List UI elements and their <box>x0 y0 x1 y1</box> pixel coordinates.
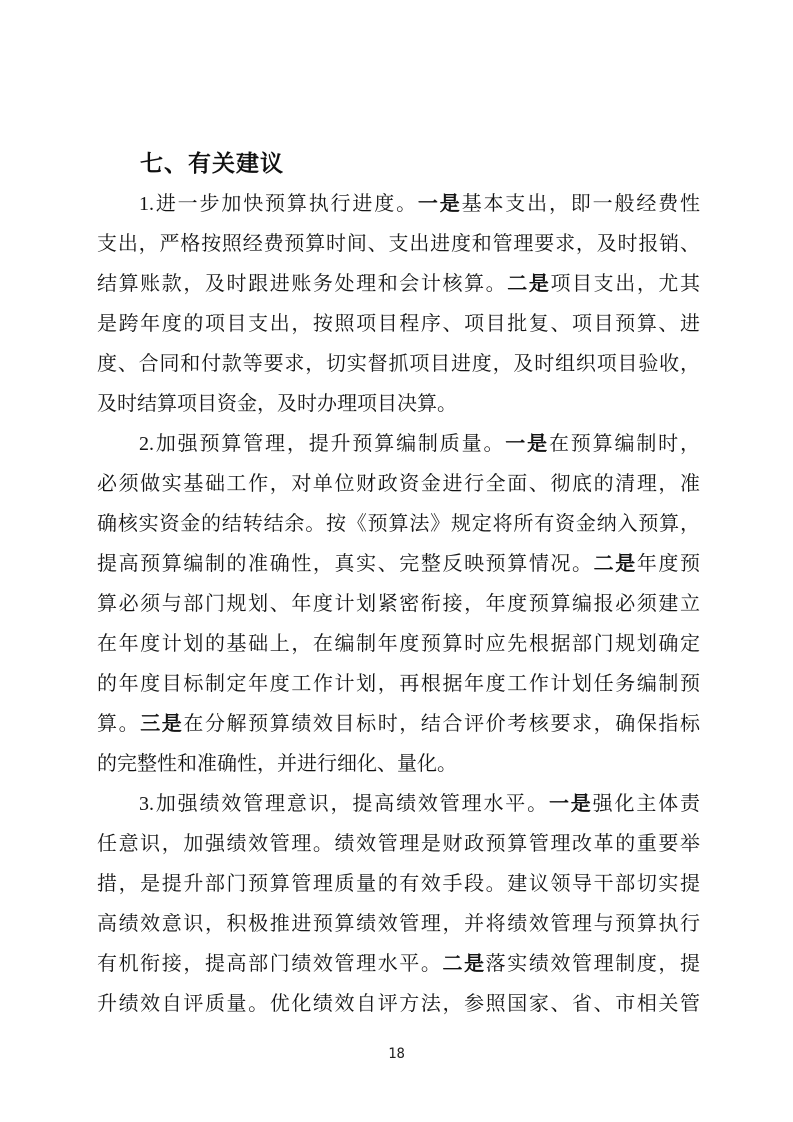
text-run: 是跨年度的项目支出，按照项目程序、项目批复、项目预算、进 <box>97 313 700 335</box>
text-run: 3.加强绩效管理意识，提高绩效管理水平。 <box>139 793 549 815</box>
bold-text-run: 一是 <box>505 433 549 455</box>
text-run: 必须做实基础工作，对单位财政资金进行全面、彻底的清理，准 <box>97 473 700 495</box>
text-line: 的年度目标制定年度工作计划，再根据年度工作计划任务编制预 <box>97 664 700 704</box>
text-line: 任意识，加强绩效管理。绩效管理是财政预算管理改革的重要举 <box>97 824 700 864</box>
text-run: 在分解预算绩效目标时，结合评价考核要求，确保指标 <box>183 713 700 735</box>
text-run: 度、合同和付款等要求，切实督抓项目进度，及时组织项目验收， <box>97 353 700 375</box>
text-run: 高绩效意识，积极推进预算绩效管理，并将绩效管理与预算执行 <box>97 913 700 935</box>
text-run: 项目支出，尤其 <box>550 273 700 295</box>
text-line: 度、合同和付款等要求，切实督抓项目进度，及时组织项目验收， <box>97 344 700 384</box>
text-run: 措，是提升部门预算管理质量的有效手段。建议领导干部切实提 <box>97 873 700 895</box>
text-run: 结算账款，及时跟进账务处理和会计核算。 <box>97 273 507 295</box>
text-line: 确核实资金的结转结余。按《预算法》规定将所有资金纳入预算， <box>97 504 700 544</box>
text-line: 措，是提升部门预算管理质量的有效手段。建议领导干部切实提 <box>97 864 700 904</box>
text-run: 算。 <box>97 713 140 735</box>
text-run: 升绩效自评质量。优化绩效自评方法，参照国家、省、市相关管 <box>97 993 700 1015</box>
page-number: 18 <box>0 1046 793 1062</box>
text-line: 结算账款，及时跟进账务处理和会计核算。二是项目支出，尤其 <box>97 264 700 304</box>
text-run: 有机衔接，提高部门绩效管理水平。 <box>97 953 442 975</box>
section-heading: 七、有关建议 <box>97 144 700 184</box>
text-run: 任意识，加强绩效管理。绩效管理是财政预算管理改革的重要举 <box>97 833 700 855</box>
text-run: 基本支出，即一般经费性 <box>462 193 700 215</box>
text-line: 2.加强预算管理，提升预算编制质量。一是在预算编制时， <box>97 424 700 464</box>
text-run: 落实绩效管理制度，提 <box>486 953 700 975</box>
text-line: 1.进一步加快预算执行进度。一是基本支出，即一般经费性 <box>97 184 700 224</box>
bold-text-run: 二是 <box>442 953 485 975</box>
bold-text-run: 二是 <box>507 273 550 295</box>
text-line: 及时结算项目资金，及时办理项目决算。 <box>97 384 700 424</box>
text-line: 3.加强绩效管理意识，提高绩效管理水平。一是强化主体责 <box>97 784 700 824</box>
text-line: 有机衔接，提高部门绩效管理水平。二是落实绩效管理制度，提 <box>97 944 700 984</box>
bold-text-run: 二是 <box>594 553 637 575</box>
text-run: 2.加强预算管理，提升预算编制质量。 <box>139 433 505 455</box>
text-run: 年度预 <box>637 553 700 575</box>
text-line: 提高预算编制的准确性，真实、完整反映预算情况。二是年度预 <box>97 544 700 584</box>
text-line: 算。三是在分解预算绩效目标时，结合评价考核要求，确保指标 <box>97 704 700 744</box>
text-line: 升绩效自评质量。优化绩效自评方法，参照国家、省、市相关管 <box>97 984 700 1024</box>
text-run: 在预算编制时， <box>549 433 700 455</box>
text-line: 高绩效意识，积极推进预算绩效管理，并将绩效管理与预算执行 <box>97 904 700 944</box>
text-run: 确核实资金的结转结余。按《预算法》规定将所有资金纳入预算， <box>97 513 700 535</box>
text-run: 的年度目标制定年度工作计划，再根据年度工作计划任务编制预 <box>97 673 700 695</box>
document-page: 七、有关建议 1.进一步加快预算执行进度。一是基本支出，即一般经费性支出，严格按… <box>0 0 793 1122</box>
bold-text-run: 一是 <box>549 793 593 815</box>
text-run: 1.进一步加快预算执行进度。 <box>139 193 418 215</box>
document-body: 1.进一步加快预算执行进度。一是基本支出，即一般经费性支出，严格按照经费预算时间… <box>97 184 700 1024</box>
text-run: 提高预算编制的准确性，真实、完整反映预算情况。 <box>97 553 594 575</box>
text-line: 的完整性和准确性，并进行细化、量化。 <box>97 744 700 784</box>
text-run: 的完整性和准确性，并进行细化、量化。 <box>97 753 457 775</box>
text-line: 支出，严格按照经费预算时间、支出进度和管理要求，及时报销、 <box>97 224 700 264</box>
text-run: 在年度计划的基础上，在编制年度预算时应先根据部门规划确定 <box>97 633 700 655</box>
document-content: 七、有关建议 1.进一步加快预算执行进度。一是基本支出，即一般经费性支出，严格按… <box>97 144 700 1024</box>
bold-text-run: 三是 <box>140 713 183 735</box>
text-run: 支出，严格按照经费预算时间、支出进度和管理要求，及时报销、 <box>97 233 700 255</box>
text-line: 算必须与部门规划、年度计划紧密衔接，年度预算编报必须建立 <box>97 584 700 624</box>
text-run: 及时结算项目资金，及时办理项目决算。 <box>97 393 457 415</box>
bold-text-run: 一是 <box>418 193 462 215</box>
text-run: 强化主体责 <box>593 793 700 815</box>
text-run: 算必须与部门规划、年度计划紧密衔接，年度预算编报必须建立 <box>97 593 700 615</box>
text-line: 是跨年度的项目支出，按照项目程序、项目批复、项目预算、进 <box>97 304 700 344</box>
text-line: 在年度计划的基础上，在编制年度预算时应先根据部门规划确定 <box>97 624 700 664</box>
text-line: 必须做实基础工作，对单位财政资金进行全面、彻底的清理，准 <box>97 464 700 504</box>
